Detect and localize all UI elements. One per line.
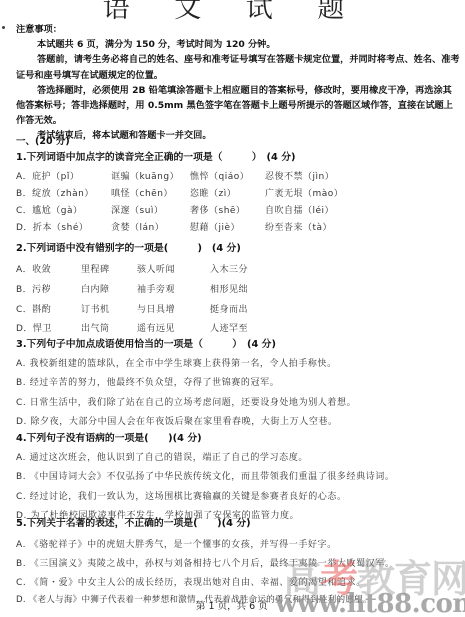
option-text: 白内障	[81, 282, 137, 295]
option-text: 自吹自擂（léi）	[265, 203, 385, 216]
option-text: B．绽放（zhàn）	[16, 186, 111, 199]
question-3-option-c: C. 日常生活中，我们除了站在自己的立场考虑问题，还要设身处地为别人着想。	[16, 395, 356, 408]
option-text: 订书机	[81, 302, 137, 315]
margin-mark	[2, 26, 5, 29]
option-text: 袖手旁观	[137, 282, 210, 295]
option-text: 忍俊不禁（jìn）	[265, 169, 385, 182]
question-3-stem: 3.下列句子中加点成语使用恰当的一项是（ ） (4 分)	[16, 336, 276, 350]
option-text: 深邃（suì）	[111, 203, 190, 216]
option-text: B．污秽	[16, 282, 81, 295]
option-text: 里程碑	[81, 262, 137, 275]
question-2-option-c: C．斟酌订书机与日具增挺身而出	[16, 302, 300, 315]
option-text: A．收敛	[16, 262, 81, 275]
option-text: A．庇护（pǐ）	[16, 169, 111, 182]
question-1-option-c: C．尴尬（gà）深邃（suì）奢侈（shē）自吹自擂（léi）	[16, 203, 385, 216]
option-text: 贪婪（lán）	[111, 220, 190, 233]
notice-paragraph: 考试结束后，将本试题和答题卡一并交回。	[16, 128, 461, 143]
question-4-stem: 4.下列句子没有语病的一项是( )(4 分)	[16, 430, 202, 444]
option-text: 嗔怪（chēn）	[111, 186, 190, 199]
question-2-stem: 2.下列词语中没有错别字的一项是( ) (4 分)	[16, 240, 241, 254]
option-text: D．折本（shé）	[16, 220, 111, 233]
question-3-option-d: D. 除夕夜，大部分中国人会在年夜饭后聚在家里看春晚，大街上万人空巷。	[16, 414, 338, 427]
question-4-option-c: C. 经过讨论，我们一致认为，这场围棋比赛输赢的关键是参赛者良好的心态。	[16, 489, 347, 502]
notice-paragraph: 答选择题时，必须使用 2B 铅笔填涂答题卡上相应题目的答案标号，修改时，要用橡皮…	[16, 83, 461, 129]
watermark-url: www.ht88.com	[275, 589, 465, 617]
question-3-option-a: A. 我校新组建的篮球队，在全市中学生球赛上获得第一名，令人拍手称快。	[16, 356, 337, 369]
page-footer: 第 1 页，共 6 页	[196, 598, 268, 612]
notice-paragraph: 本试题共 6 页，满分为 150 分，考试时间为 120 分钟。	[16, 37, 461, 52]
question-1-option-b: B．绽放（zhàn）嗔怪（chēn）恣睢（zì）广袤无垠（mào）	[16, 186, 385, 199]
option-text: 广袤无垠（mào）	[265, 186, 385, 199]
option-text: D．悍卫	[16, 321, 81, 334]
option-text: 慰藉（jiè）	[190, 220, 265, 233]
option-text: 纷至沓来（tà）	[265, 220, 385, 233]
option-text: 憔悴（qiáo）	[190, 169, 265, 182]
option-text: 诓骗（kuāng）	[111, 169, 190, 182]
question-2-option-d: D．悍卫出气筒遥有远见人迹罕至	[16, 321, 300, 334]
option-text: 遥有远见	[137, 321, 210, 334]
question-4-option-b: B. 《中国诗词大会》不仅弘扬了中华民族传统文化，而且带领我们重温了很多经典诗词…	[16, 469, 395, 482]
question-2-option-b: B．污秽白内障袖手旁观相形见绌	[16, 282, 300, 295]
question-4-option-a: A. 通过这次班会，他认识到了自己的错误，端正了自己的学习态度。	[16, 450, 308, 463]
question-1-option-a: A．庇护（pǐ）诓骗（kuāng）憔悴（qiáo）忍俊不禁（jìn）	[16, 169, 385, 182]
option-text: 相形见绌	[210, 282, 300, 295]
option-text: C．尴尬（gà）	[16, 203, 111, 216]
option-text: 恣睢（zì）	[190, 186, 265, 199]
option-text: C．斟酌	[16, 302, 81, 315]
notice-paragraph: 答题前，请考生务必将自己的姓名、座号和准考证号填写在答题卡规定位置，并同时将考点…	[16, 52, 461, 82]
question-2-option-a: A．收敛里程碑骇人听闻入木三分	[16, 262, 300, 275]
option-text: 挺身而出	[210, 302, 300, 315]
option-text: 骇人听闻	[137, 262, 210, 275]
option-text: 与日具增	[137, 302, 210, 315]
notice-block: 注意事项： 本试题共 6 页，满分为 150 分，考试时间为 120 分钟。 答…	[16, 22, 461, 144]
question-1-stem: 1.下列词语中加点字的读音完全正确的一项是（ ） (4 分)	[16, 149, 296, 163]
notice-heading: 注意事项：	[16, 22, 461, 37]
option-text: 入木三分	[210, 262, 300, 275]
option-text: 奢侈（shē）	[190, 203, 265, 216]
question-5-stem: 5.下列关于名著的表述，不正确的一项是( )(4 分)	[16, 515, 251, 529]
section-heading: 一、(20 分)	[16, 133, 70, 147]
question-3-option-b: B. 经过辛苦的努力，他最终不负众望，夺得了世锦赛的冠军。	[16, 375, 279, 388]
question-1-option-d: D．折本（shé）贪婪（lán）慰藉（jiè）纷至沓来（tà）	[16, 220, 385, 233]
option-text: 出气筒	[81, 321, 137, 334]
option-text: 人迹罕至	[210, 321, 300, 334]
